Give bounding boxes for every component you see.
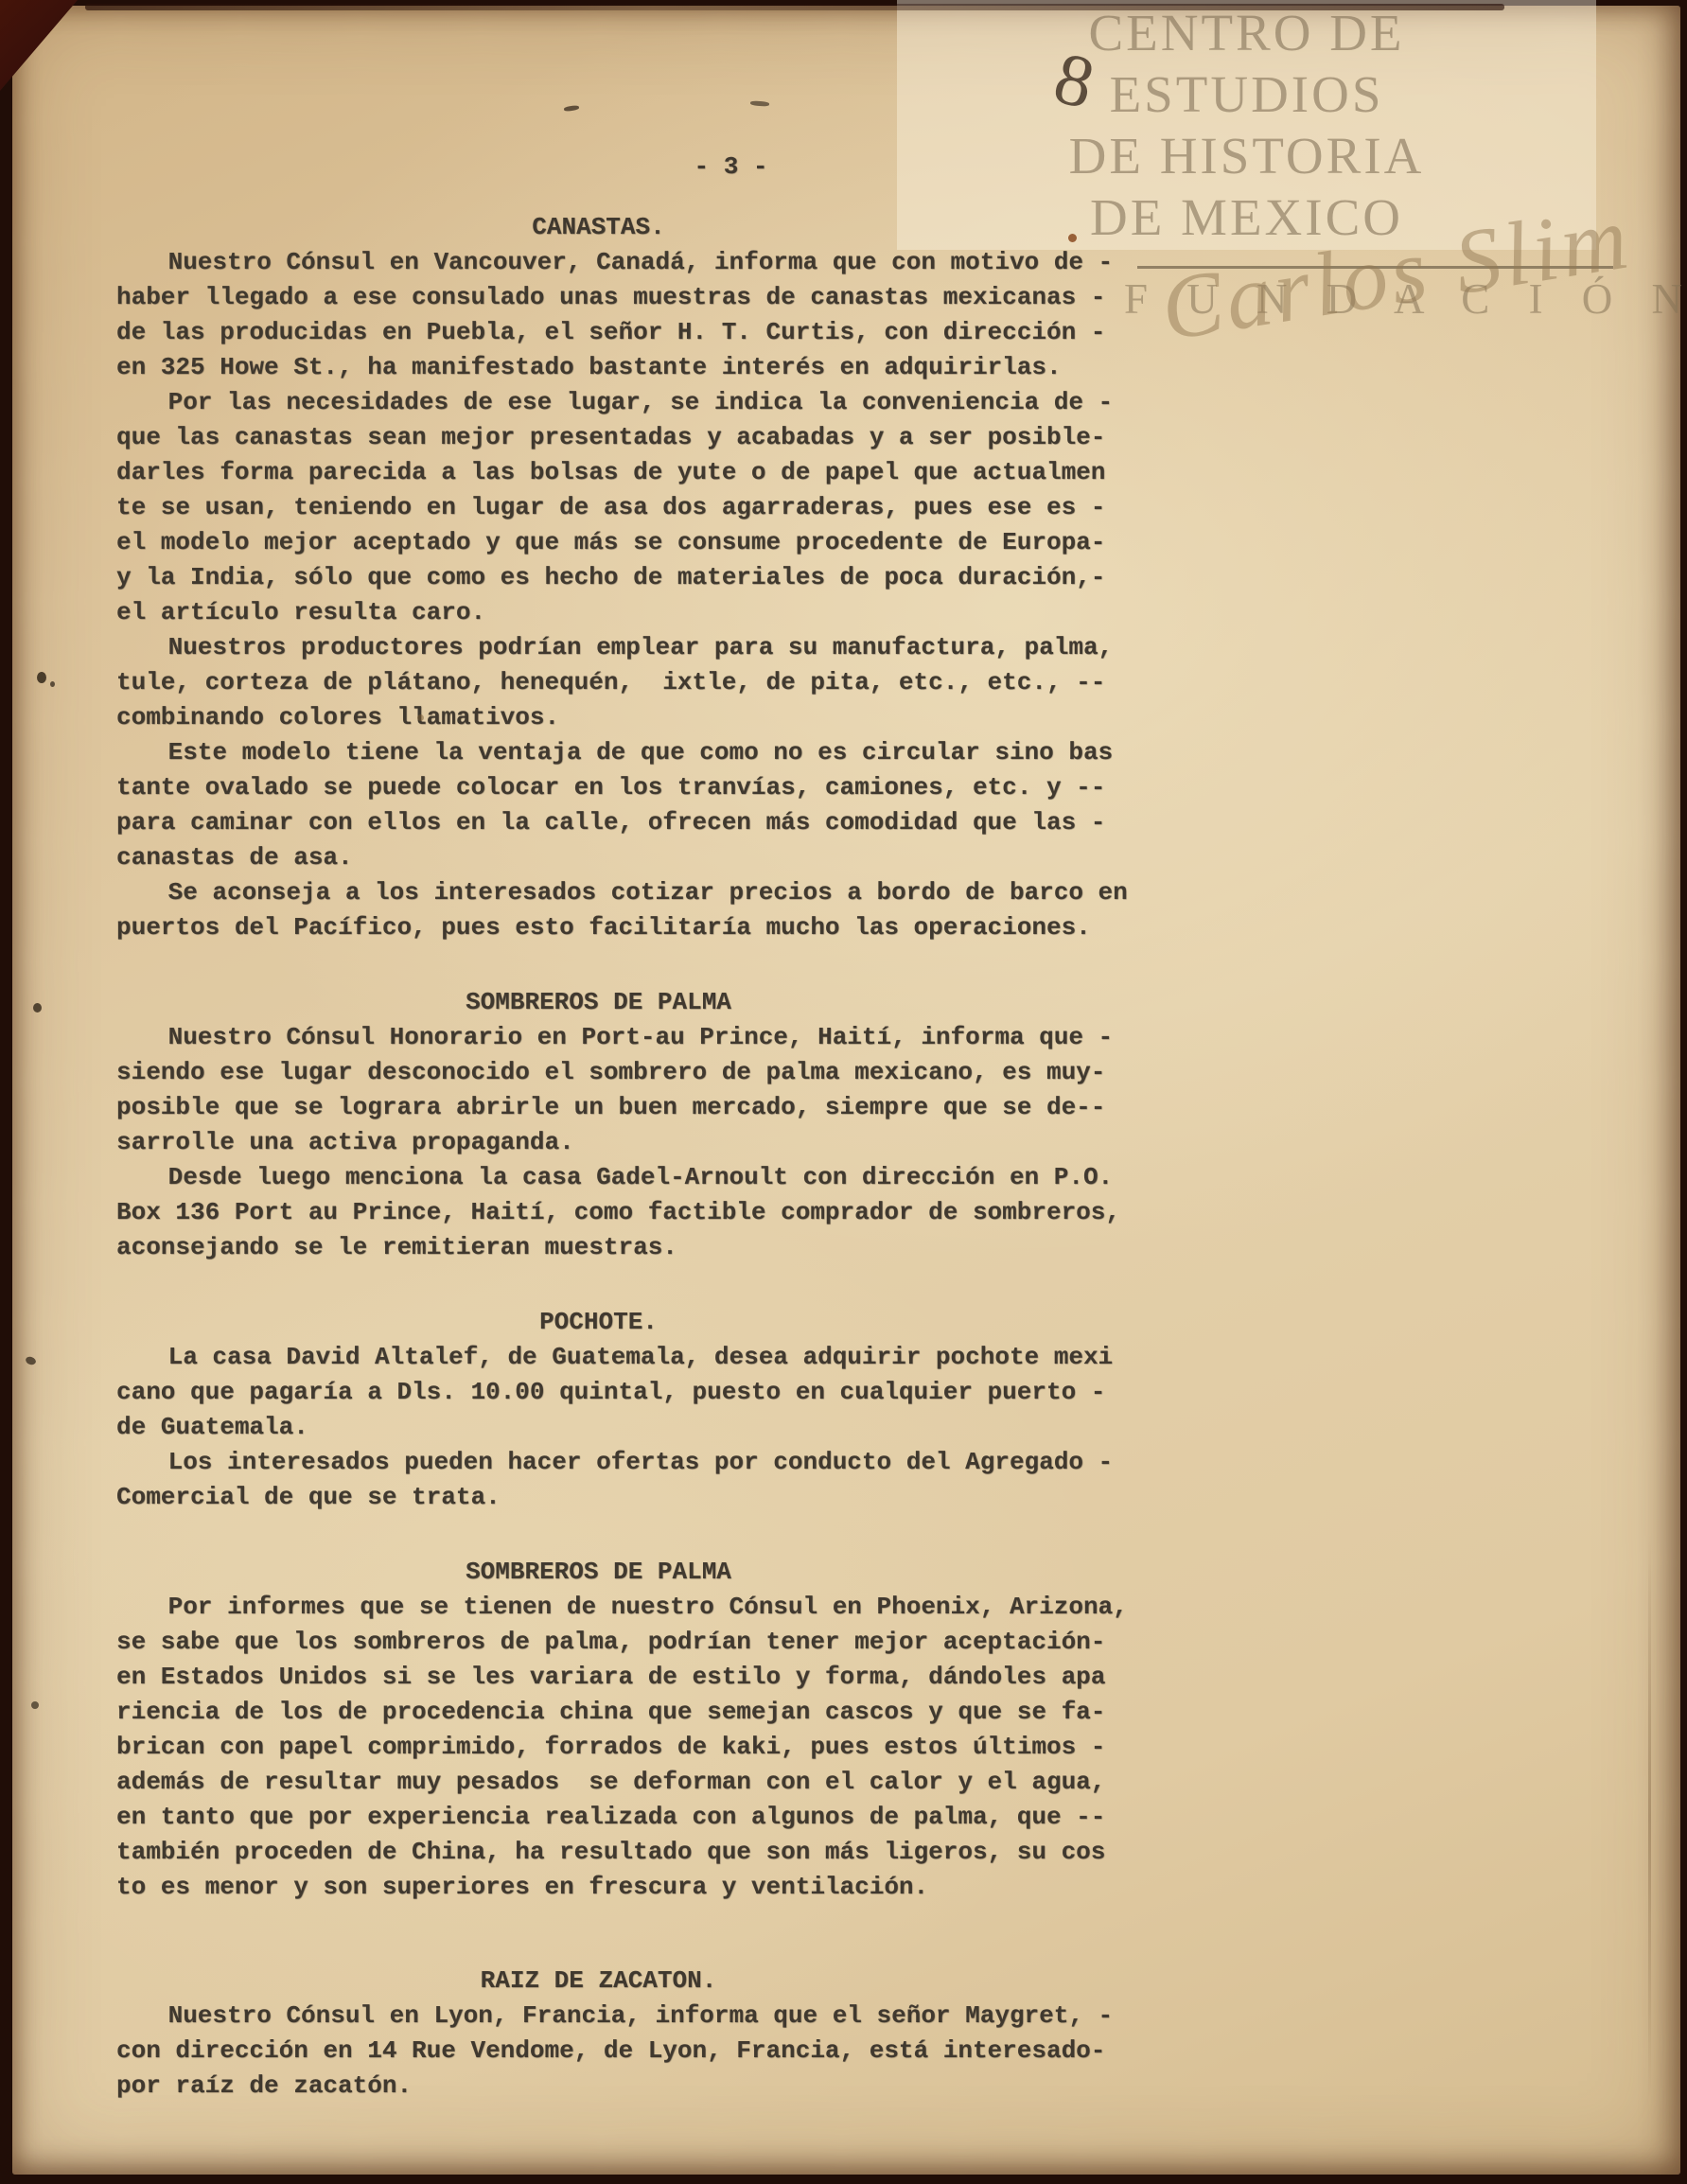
text-line: te se usan, teniendo en lugar de asa dos… <box>116 490 1133 525</box>
section-title: SOMBREROS DE PALMA <box>90 985 1107 1020</box>
ink-spot <box>1068 234 1077 242</box>
section-raiz-de-zacaton: RAIZ DE ZACATON.Nuestro Cónsul en Lyon, … <box>116 1964 1133 2104</box>
ink-spot <box>37 672 46 683</box>
page-number: - 3 - <box>222 150 1239 185</box>
text-line: tante ovalado se puede colocar en los tr… <box>116 770 1133 805</box>
section-title: SOMBREROS DE PALMA <box>90 1555 1107 1590</box>
text-line: brican con papel comprimido, forrados de… <box>116 1730 1133 1765</box>
section-title: POCHOTE. <box>90 1305 1107 1340</box>
section-canastas: CANASTAS.Nuestro Cónsul en Vancouver, Ca… <box>116 210 1133 945</box>
text-line: Los interesados pueden hacer ofertas por… <box>116 1445 1133 1480</box>
text-line: además de resultar muy pesados se deform… <box>116 1765 1133 1800</box>
text-line: Comercial de que se trata. <box>116 1480 1133 1515</box>
text-line: en 325 Howe St., ha manifestado bastante… <box>116 350 1133 385</box>
text-line: posible que se lograra abrirle un buen m… <box>116 1090 1133 1125</box>
text-line: el modelo mejor aceptado y que más se co… <box>116 525 1133 560</box>
text-line: en tanto que por experiencia realizada c… <box>116 1800 1133 1835</box>
text-line: riencia de los de procedencia china que … <box>116 1695 1133 1730</box>
section-title: RAIZ DE ZACATON. <box>90 1964 1107 1999</box>
ink-spot <box>50 681 55 687</box>
text-line: aconsejando se le remitieran muestras. <box>116 1230 1133 1265</box>
text-line: Se aconseja a los interesados cotizar pr… <box>116 875 1133 910</box>
text-line: Nuestro Cónsul Honorario en Port-au Prin… <box>116 1020 1133 1055</box>
typewritten-text-block: - 3 - CANASTAS.Nuestro Cónsul en Vancouv… <box>116 150 1133 2104</box>
text-line: Por las necesidades de ese lugar, se ind… <box>116 385 1133 420</box>
paragraph: Se aconseja a los interesados cotizar pr… <box>116 875 1133 945</box>
text-line: Box 136 Port au Prince, Haití, como fact… <box>116 1195 1133 1230</box>
text-line: Nuestro Cónsul en Vancouver, Canadá, inf… <box>116 245 1133 280</box>
text-line: tule, corteza de plátano, henequén, ixtl… <box>116 665 1133 700</box>
sections-container: CANASTAS.Nuestro Cónsul en Vancouver, Ca… <box>116 210 1133 2104</box>
text-line: haber llegado a ese consulado unas muest… <box>116 280 1133 315</box>
paragraph: Nuestro Cónsul en Lyon, Francia, informa… <box>116 1999 1133 2104</box>
text-line: siendo ese lugar desconocido el sombrero… <box>116 1055 1133 1090</box>
text-line: el artículo resulta caro. <box>116 595 1133 630</box>
paragraph: Nuestro Cónsul en Vancouver, Canadá, inf… <box>116 245 1133 385</box>
text-line: para caminar con ellos en la calle, ofre… <box>116 805 1133 840</box>
scan-edge-shadow <box>85 4 1504 10</box>
text-line: sarrolle una activa propaganda. <box>116 1125 1133 1160</box>
text-line: combinando colores llamativos. <box>116 700 1133 735</box>
archive-watermark-line: CENTRO DE <box>897 2 1596 63</box>
text-line: y la India, sólo que como es hecho de ma… <box>116 560 1133 595</box>
scanned-document: { "document": { "page_number": "- 3 -", … <box>0 0 1687 2184</box>
text-line: de Guatemala. <box>116 1410 1133 1445</box>
paragraph: Los interesados pueden hacer ofertas por… <box>116 1445 1133 1515</box>
text-line: también proceden de China, ha resultado … <box>116 1835 1133 1870</box>
paragraph: La casa David Altalef, de Guatemala, des… <box>116 1340 1133 1445</box>
text-line: por raíz de zacatón. <box>116 2069 1133 2104</box>
text-line: canastas de asa. <box>116 840 1133 875</box>
section-pochote: POCHOTE.La casa David Altalef, de Guatem… <box>116 1305 1133 1515</box>
text-line: de las producidas en Puebla, el señor H.… <box>116 315 1133 350</box>
section-title: CANASTAS. <box>90 210 1107 245</box>
text-line: en Estados Unidos si se les variara de e… <box>116 1660 1133 1695</box>
ink-spot <box>417 714 424 721</box>
paragraph: Nuestro Cónsul Honorario en Port-au Prin… <box>116 1020 1133 1160</box>
text-line: que las canastas sean mejor presentadas … <box>116 420 1133 455</box>
text-line: Nuestro Cónsul en Lyon, Francia, informa… <box>116 1999 1133 2034</box>
text-line: Desde luego menciona la casa Gadel-Arnou… <box>116 1160 1133 1195</box>
text-line: to es menor y son superiores en frescura… <box>116 1870 1133 1905</box>
section-sombreros-de-palma-1: SOMBREROS DE PALMANuestro Cónsul Honorar… <box>116 985 1133 1265</box>
archive-watermark-line: ESTUDIOS <box>897 63 1596 125</box>
section-sombreros-de-palma-2: SOMBREROS DE PALMAPor informes que se ti… <box>116 1555 1133 1905</box>
text-line: puertos del Pacífico, pues esto facilita… <box>116 910 1133 945</box>
paper-crease <box>1648 1533 1651 2101</box>
text-line: darles forma parecida a las bolsas de yu… <box>116 455 1133 490</box>
text-line: Por informes que se tienen de nuestro Có… <box>116 1590 1133 1625</box>
paragraph: Por informes que se tienen de nuestro Có… <box>116 1590 1133 1905</box>
paragraph: Por las necesidades de ese lugar, se ind… <box>116 385 1133 630</box>
text-line: Nuestros productores podrían emplear par… <box>116 630 1133 665</box>
ink-spot <box>33 1003 42 1013</box>
text-line: cano que pagaría a Dls. 10.00 quintal, p… <box>116 1375 1133 1410</box>
paragraph: Desde luego menciona la casa Gadel-Arnou… <box>116 1160 1133 1265</box>
paragraph: Este modelo tiene la ventaja de que como… <box>116 735 1133 875</box>
ink-spot <box>31 1701 39 1709</box>
text-line: con dirección en 14 Rue Vendome, de Lyon… <box>116 2034 1133 2069</box>
text-line: Este modelo tiene la ventaja de que como… <box>116 735 1133 770</box>
text-line: La casa David Altalef, de Guatemala, des… <box>116 1340 1133 1375</box>
paragraph: Nuestros productores podrían emplear par… <box>116 630 1133 735</box>
text-line: se sabe que los sombreros de palma, podr… <box>116 1625 1133 1660</box>
